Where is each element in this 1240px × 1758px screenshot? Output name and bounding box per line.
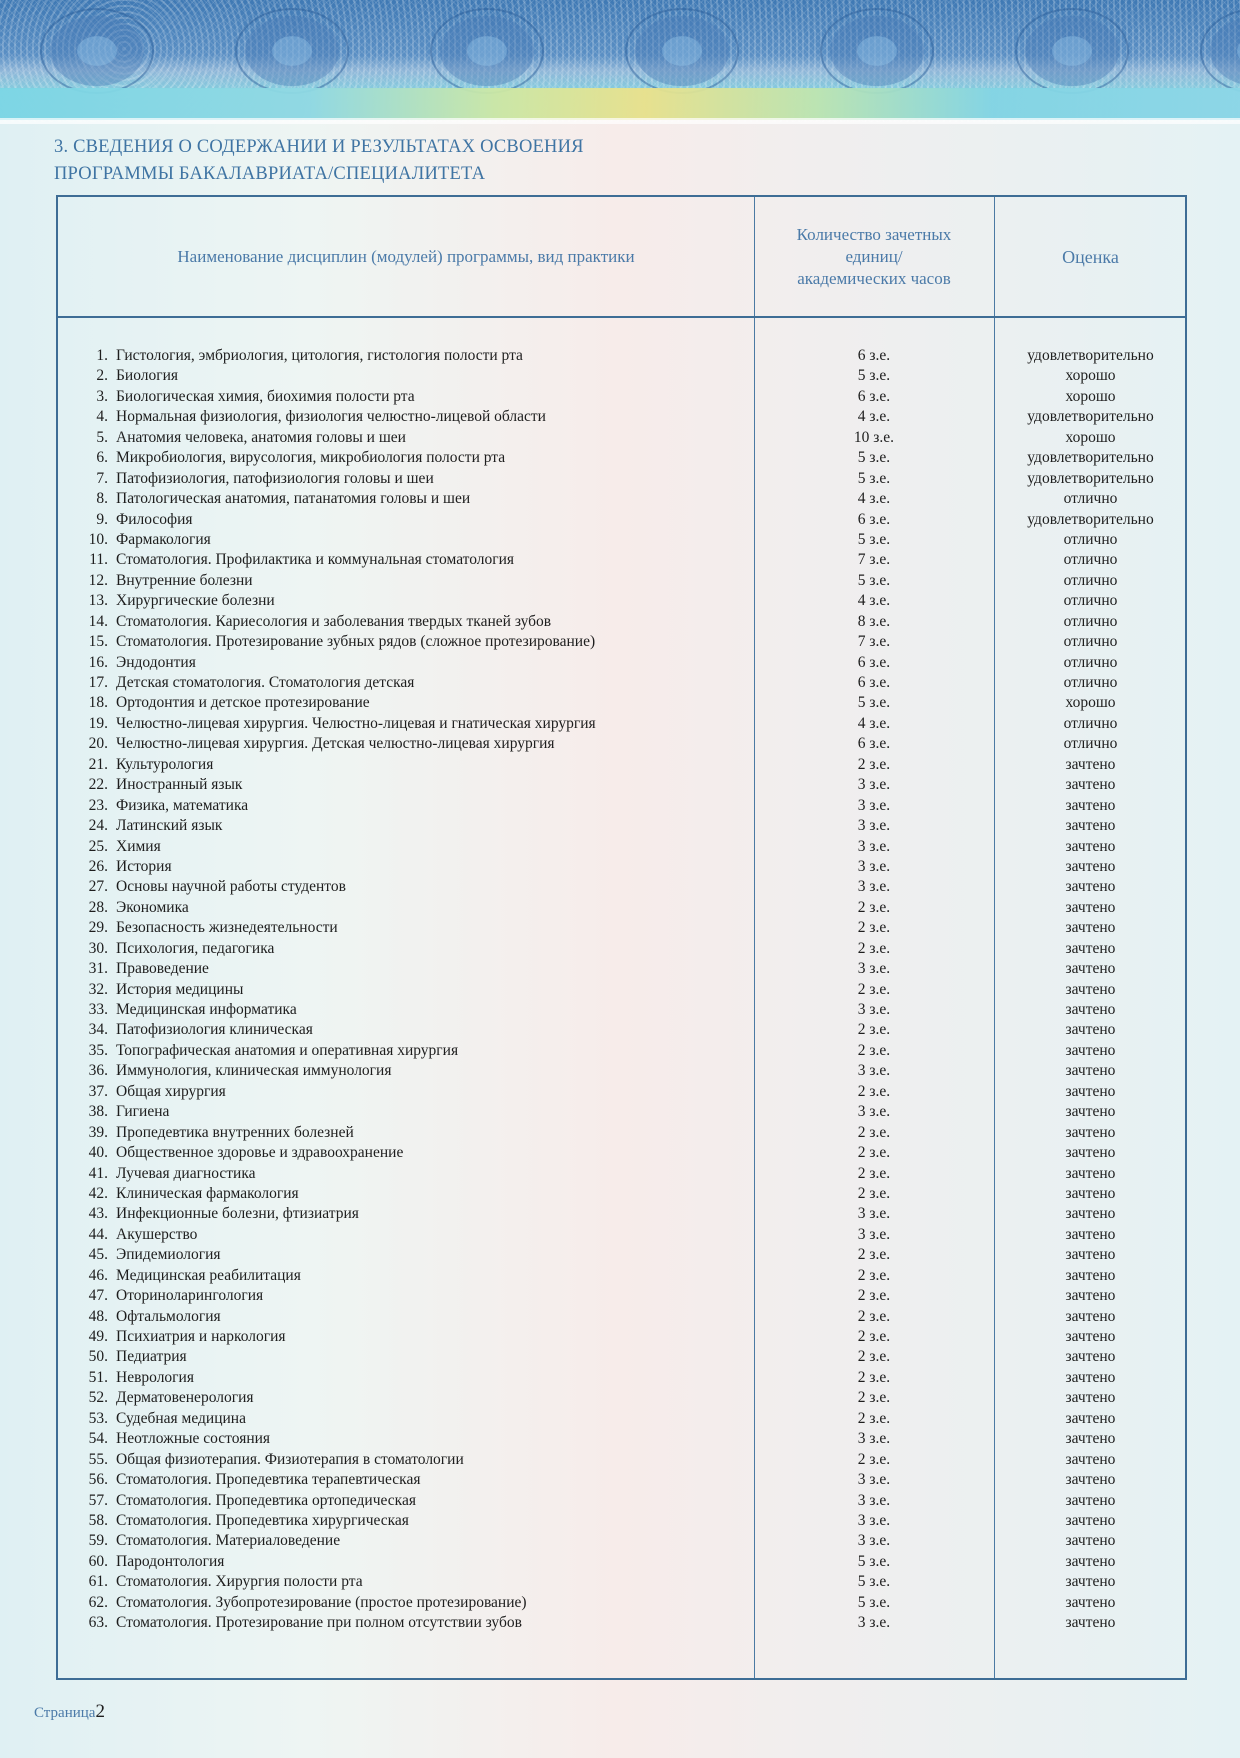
table-row: 18.Ортодонтия и детское протезирование5 … [58,693,1185,713]
discipline-name: Челюстно-лицевая хирургия. Челюстно-лице… [116,714,596,734]
credit-units: 3 з.е. [754,1613,994,1633]
grade-value: зачтено [994,1368,1187,1388]
discipline-name: Фармакология [116,530,211,550]
discipline-name: Психология, педагогика [116,939,274,959]
section-title-line-2: программы бакалавриата/специалитета [54,161,754,188]
row-number: 7. [78,469,108,489]
row-number: 32. [78,980,108,1000]
discipline-name: Основы научной работы студентов [116,877,346,897]
row-number: 62. [78,1593,108,1613]
table-row: 19.Челюстно-лицевая хирургия. Челюстно-л… [58,714,1185,734]
grade-value: зачтено [994,1327,1187,1347]
table-row: 16.Эндодонтия6 з.е.отлично [58,653,1185,673]
table-row: 51.Неврология2 з.е.зачтено [58,1368,1185,1388]
discipline-name: Медицинская информатика [116,1000,297,1020]
grade-value: удовлетворительно [994,469,1187,489]
row-number: 59. [78,1531,108,1551]
grade-value: зачтено [994,1082,1187,1102]
credit-units: 2 з.е. [754,1286,994,1306]
grade-value: зачтено [994,1041,1187,1061]
grade-value: хорошо [994,693,1187,713]
grade-value: зачтено [994,1307,1187,1327]
table-body: 1.Гистология, эмбриология, цитология, ги… [58,346,1185,1634]
grade-value: зачтено [994,1164,1187,1184]
table-row: 25.Химия3 з.е.зачтено [58,837,1185,857]
table-row: 21.Культурология2 з.е.зачтено [58,755,1185,775]
discipline-name: Экономика [116,898,189,918]
grade-value: хорошо [994,366,1187,386]
credit-units: 3 з.е. [754,837,994,857]
row-number: 13. [78,591,108,611]
row-number: 14. [78,612,108,632]
row-number: 23. [78,796,108,816]
row-number: 33. [78,1000,108,1020]
credit-units: 2 з.е. [754,1409,994,1429]
table-row: 22.Иностранный язык3 з.е.зачтено [58,775,1185,795]
discipline-name: Стоматология. Пропедевтика ортопедическа… [116,1491,416,1511]
discipline-name: Эндодонтия [116,653,196,673]
row-number: 41. [78,1164,108,1184]
row-number: 19. [78,714,108,734]
rosette-ornament [430,8,544,94]
row-number: 1. [78,346,108,366]
credit-units: 6 з.е. [754,510,994,530]
credit-units: 2 з.е. [754,1041,994,1061]
row-number: 20. [78,734,108,754]
row-number: 11. [78,550,108,570]
row-number: 27. [78,877,108,897]
credit-units: 2 з.е. [754,1307,994,1327]
discipline-name: Офтальмология [116,1307,221,1327]
credit-units: 6 з.е. [754,346,994,366]
row-number: 54. [78,1429,108,1449]
discipline-name: Эпидемиология [116,1245,221,1265]
discipline-name: Инфекционные болезни, фтизиатрия [116,1204,359,1224]
credit-units: 2 з.е. [754,1450,994,1470]
credit-units: 5 з.е. [754,366,994,386]
grade-value: зачтено [994,1491,1187,1511]
table-row: 50.Педиатрия2 з.е.зачтено [58,1347,1185,1367]
credit-units: 5 з.е. [754,530,994,550]
discipline-name: Стоматология. Материаловедение [116,1531,340,1551]
grade-value: отлично [994,673,1187,693]
grade-value: отлично [994,714,1187,734]
grade-value: зачтено [994,1143,1187,1163]
grade-value: зачтено [994,816,1187,836]
page-number: 2 [95,1701,105,1722]
grade-value: зачтено [994,1593,1187,1613]
discipline-name: Челюстно-лицевая хирургия. Детская челюс… [116,734,555,754]
disciplines-table: Наименование дисциплин (модулей) програм… [56,195,1187,1680]
credit-units: 3 з.е. [754,959,994,979]
credit-units: 3 з.е. [754,775,994,795]
credit-units: 2 з.е. [754,1327,994,1347]
discipline-name: Педиатрия [116,1347,187,1367]
row-number: 10. [78,530,108,550]
row-number: 15. [78,632,108,652]
grade-value: отлично [994,632,1187,652]
table-row: 48.Офтальмология2 з.е.зачтено [58,1307,1185,1327]
row-number: 50. [78,1347,108,1367]
row-number: 30. [78,939,108,959]
row-number: 6. [78,448,108,468]
grade-value: зачтено [994,1409,1187,1429]
discipline-name: Патофизиология клиническая [116,1020,313,1040]
discipline-name: Латинский язык [116,816,222,836]
credit-units: 3 з.е. [754,796,994,816]
credit-units: 3 з.е. [754,1470,994,1490]
discipline-name: Оториноларингология [116,1286,263,1306]
table-row: 1.Гистология, эмбриология, цитология, ги… [58,346,1185,366]
discipline-name: Лучевая диагностика [116,1164,256,1184]
grade-value: зачтено [994,1511,1187,1531]
discipline-name: Психиатрия и наркология [116,1327,286,1347]
grade-value: хорошо [994,428,1187,448]
grade-value: зачтено [994,1204,1187,1224]
credit-units: 5 з.е. [754,571,994,591]
grade-value: зачтено [994,1102,1187,1122]
discipline-name: Топографическая анатомия и оперативная х… [116,1041,458,1061]
table-row: 43.Инфекционные болезни, фтизиатрия3 з.е… [58,1204,1185,1224]
row-number: 3. [78,387,108,407]
grade-value: зачтено [994,1552,1187,1572]
grade-value: зачтено [994,1061,1187,1081]
credit-units: 7 з.е. [754,632,994,652]
table-row: 4.Нормальная физиология, физиология челю… [58,407,1185,427]
row-number: 18. [78,693,108,713]
rosette-ornament [625,8,739,94]
discipline-name: Пропедевтика внутренних болезней [116,1123,354,1143]
grade-value: хорошо [994,387,1187,407]
credit-units: 3 з.е. [754,857,994,877]
credit-units: 3 з.е. [754,1204,994,1224]
row-number: 55. [78,1450,108,1470]
table-row: 11.Стоматология. Профилактика и коммунал… [58,550,1185,570]
row-number: 17. [78,673,108,693]
discipline-name: Культурология [116,755,213,775]
grade-value: зачтено [994,1225,1187,1245]
credit-units: 2 з.е. [754,1266,994,1286]
rosette-ornament [235,8,349,94]
table-row: 15.Стоматология. Протезирование зубных р… [58,632,1185,652]
discipline-name: Философия [116,510,193,530]
table-row: 39.Пропедевтика внутренних болезней2 з.е… [58,1123,1185,1143]
credit-units: 6 з.е. [754,734,994,754]
table-row: 60.Пародонтология5 з.е.зачтено [58,1552,1185,1572]
table-row: 46.Медицинская реабилитация2 з.е.зачтено [58,1266,1185,1286]
discipline-name: Физика, математика [116,796,248,816]
table-row: 54.Неотложные состояния3 з.е.зачтено [58,1429,1185,1449]
table-row: 29.Безопасность жизнедеятельности2 з.е.з… [58,918,1185,938]
discipline-name: Патологическая анатомия, патанатомия гол… [116,489,470,509]
row-number: 48. [78,1307,108,1327]
row-number: 5. [78,428,108,448]
grade-value: зачтено [994,1123,1187,1143]
table-row: 63.Стоматология. Протезирование при полн… [58,1613,1185,1633]
row-number: 12. [78,571,108,591]
table-row: 38.Гигиена3 з.е.зачтено [58,1102,1185,1122]
discipline-name: Общая физиотерапия. Физиотерапия в стома… [116,1450,464,1470]
discipline-name: Стоматология. Профилактика и коммунальна… [116,550,514,570]
row-number: 60. [78,1552,108,1572]
table-row: 52.Дерматовенерология2 з.е.зачтено [58,1388,1185,1408]
discipline-name: Детская стоматология. Стоматология детск… [116,673,414,693]
table-row: 8.Патологическая анатомия, патанатомия г… [58,489,1185,509]
discipline-name: Патофизиология, патофизиология головы и … [116,469,434,489]
grade-value: зачтено [994,1450,1187,1470]
credit-units: 4 з.е. [754,714,994,734]
grade-value: зачтено [994,1245,1187,1265]
discipline-name: Стоматология. Пропедевтика хирургическая [116,1511,409,1531]
table-row: 27.Основы научной работы студентов3 з.е.… [58,877,1185,897]
column-header-discipline: Наименование дисциплин (модулей) програм… [58,197,754,316]
table-row: 26.История3 з.е.зачтено [58,857,1185,877]
credit-units: 4 з.е. [754,591,994,611]
discipline-name: Стоматология. Зубопротезирование (просто… [116,1593,527,1613]
credit-units: 2 з.е. [754,1020,994,1040]
table-row: 47.Оториноларингология2 з.е.зачтено [58,1286,1185,1306]
table-row: 20.Челюстно-лицевая хирургия. Детская че… [58,734,1185,754]
grade-value: зачтено [994,918,1187,938]
discipline-name: Химия [116,837,161,857]
row-number: 31. [78,959,108,979]
credit-units: 2 з.е. [754,1082,994,1102]
discipline-name: Биология [116,366,178,386]
discipline-name: Иностранный язык [116,775,242,795]
row-number: 29. [78,918,108,938]
grade-value: отлично [994,734,1187,754]
row-number: 4. [78,407,108,427]
table-row: 55.Общая физиотерапия. Физиотерапия в ст… [58,1450,1185,1470]
grade-value: отлично [994,612,1187,632]
row-number: 53. [78,1409,108,1429]
grade-value: зачтено [994,796,1187,816]
row-number: 37. [78,1082,108,1102]
row-number: 57. [78,1491,108,1511]
discipline-name: Стоматология. Хирургия полости рта [116,1572,363,1592]
grade-value: зачтено [994,1020,1187,1040]
row-number: 44. [78,1225,108,1245]
row-number: 25. [78,837,108,857]
discipline-name: Правоведение [116,959,209,979]
rainbow-strip [0,88,1240,120]
credit-units: 2 з.е. [754,1347,994,1367]
grade-value: зачтено [994,1470,1187,1490]
page-label: Страница [34,1705,95,1721]
grade-value: зачтено [994,1572,1187,1592]
row-number: 49. [78,1327,108,1347]
credit-units: 3 з.е. [754,1491,994,1511]
discipline-name: Стоматология. Пропедевтика терапевтическ… [116,1470,420,1490]
credit-units: 6 з.е. [754,653,994,673]
row-number: 8. [78,489,108,509]
row-number: 2. [78,366,108,386]
credit-units: 3 з.е. [754,1000,994,1020]
table-row: 37.Общая хирургия2 з.е.зачтено [58,1082,1185,1102]
table-row: 23.Физика, математика3 з.е.зачтено [58,796,1185,816]
row-number: 39. [78,1123,108,1143]
discipline-name: История [116,857,172,877]
credit-units: 3 з.е. [754,816,994,836]
table-row: 44.Акушерство3 з.е.зачтено [58,1225,1185,1245]
grade-value: зачтено [994,837,1187,857]
table-row: 41.Лучевая диагностика2 з.е.зачтено [58,1164,1185,1184]
credit-units: 2 з.е. [754,939,994,959]
discipline-name: История медицины [116,980,243,1000]
table-row: 30.Психология, педагогика2 з.е.зачтено [58,939,1185,959]
credit-units: 5 з.е. [754,1572,994,1592]
row-number: 22. [78,775,108,795]
credit-units: 7 з.е. [754,550,994,570]
grade-value: зачтено [994,980,1187,1000]
grade-value: удовлетворительно [994,448,1187,468]
grade-value: зачтено [994,1266,1187,1286]
grade-value: отлично [994,530,1187,550]
credit-units: 10 з.е. [754,428,994,448]
grade-value: зачтено [994,1184,1187,1204]
table-row: 14.Стоматология. Кариесология и заболева… [58,612,1185,632]
row-number: 40. [78,1143,108,1163]
discipline-name: Общая хирургия [116,1082,226,1102]
table-row: 53.Судебная медицина2 з.е.зачтено [58,1409,1185,1429]
grade-value: зачтено [994,1613,1187,1633]
table-row: 62.Стоматология. Зубопротезирование (про… [58,1593,1185,1613]
grade-value: отлично [994,591,1187,611]
section-title-line-1: 3. Сведения о содержании и результатах о… [54,134,754,161]
credit-units: 5 з.е. [754,469,994,489]
grade-value: зачтено [994,775,1187,795]
discipline-name: Нормальная физиология, физиология челюст… [116,407,546,427]
section-title: 3. Сведения о содержании и результатах о… [54,134,754,188]
table-row: 10.Фармакология5 з.е.отлично [58,530,1185,550]
credit-units: 6 з.е. [754,387,994,407]
credit-units: 5 з.е. [754,1593,994,1613]
row-number: 42. [78,1184,108,1204]
rosette-ornament [820,8,934,94]
credit-units: 3 з.е. [754,877,994,897]
credit-units: 6 з.е. [754,673,994,693]
discipline-name: Биологическая химия, биохимия полости рт… [116,387,415,407]
credit-units: 5 з.е. [754,1552,994,1572]
credit-units: 5 з.е. [754,448,994,468]
table-row: 33.Медицинская информатика3 з.е.зачтено [58,1000,1185,1020]
table-row: 3.Биологическая химия, биохимия полости … [58,387,1185,407]
table-row: 59.Стоматология. Материаловедение3 з.е.з… [58,1531,1185,1551]
discipline-name: Клиническая фармакология [116,1184,299,1204]
grade-value: зачтено [994,877,1187,897]
table-row: 36.Иммунология, клиническая иммунология3… [58,1061,1185,1081]
credit-units: 2 з.е. [754,1123,994,1143]
table-row: 6.Микробиология, вирусология, микробиоло… [58,448,1185,468]
row-number: 38. [78,1102,108,1122]
credit-units: 8 з.е. [754,612,994,632]
row-number: 35. [78,1041,108,1061]
grade-value: зачтено [994,1388,1187,1408]
grade-value: зачтено [994,1286,1187,1306]
discipline-name: Стоматология. Протезирование зубных рядо… [116,632,595,652]
discipline-name: Ортодонтия и детское протезирование [116,693,370,713]
table-row: 42.Клиническая фармакология2 з.е.зачтено [58,1184,1185,1204]
table-row: 13.Хирургические болезни4 з.е.отлично [58,591,1185,611]
grade-value: зачтено [994,857,1187,877]
table-row: 9.Философия6 з.е.удовлетворительно [58,510,1185,530]
rosette-ornament [1015,8,1129,94]
row-number: 52. [78,1388,108,1408]
row-number: 61. [78,1572,108,1592]
table-row: 61.Стоматология. Хирургия полости рта5 з… [58,1572,1185,1592]
rosette-ornament [40,8,154,94]
discipline-name: Гистология, эмбриология, цитология, гист… [116,346,523,366]
row-number: 9. [78,510,108,530]
discipline-name: Безопасность жизнедеятельности [116,918,338,938]
grade-value: зачтено [994,959,1187,979]
row-number: 45. [78,1245,108,1265]
table-row: 7.Патофизиология, патофизиология головы … [58,469,1185,489]
credit-units: 2 з.е. [754,918,994,938]
credit-units: 2 з.е. [754,1143,994,1163]
table-row: 24.Латинский язык3 з.е.зачтено [58,816,1185,836]
row-number: 16. [78,653,108,673]
grade-value: зачтено [994,755,1187,775]
discipline-name: Микробиология, вирусология, микробиологи… [116,448,505,468]
grade-value: зачтено [994,1429,1187,1449]
discipline-name: Пародонтология [116,1552,224,1572]
discipline-name: Анатомия человека, анатомия головы и шеи [116,428,406,448]
table-row: 49.Психиатрия и наркология2 з.е.зачтено [58,1327,1185,1347]
credit-units: 5 з.е. [754,693,994,713]
discipline-name: Дерматовенерология [116,1388,254,1408]
row-number: 21. [78,755,108,775]
row-number: 34. [78,1020,108,1040]
row-number: 43. [78,1204,108,1224]
grade-value: зачтено [994,1000,1187,1020]
table-row: 12.Внутренние болезни5 з.е.отлично [58,571,1185,591]
credit-units: 4 з.е. [754,489,994,509]
table-row: 35.Топографическая анатомия и оперативна… [58,1041,1185,1061]
table-row: 2.Биология5 з.е.хорошо [58,366,1185,386]
table-row: 40.Общественное здоровье и здравоохранен… [58,1143,1185,1163]
table-row: 45.Эпидемиология2 з.е.зачтено [58,1245,1185,1265]
credit-units: 2 з.е. [754,1164,994,1184]
table-row: 17.Детская стоматология. Стоматология де… [58,673,1185,693]
row-number: 26. [78,857,108,877]
discipline-name: Неврология [116,1368,194,1388]
row-number: 24. [78,816,108,836]
credit-units: 4 з.е. [754,407,994,427]
discipline-name: Внутренние болезни [116,571,253,591]
credit-units: 2 з.е. [754,980,994,1000]
row-number: 56. [78,1470,108,1490]
row-number: 51. [78,1368,108,1388]
table-row: 56.Стоматология. Пропедевтика терапевтич… [58,1470,1185,1490]
banner-edge [0,118,1240,124]
column-header-credits: Количество зачетных единиц/ академически… [754,197,994,316]
credit-units: 3 з.е. [754,1531,994,1551]
grade-value: отлично [994,489,1187,509]
table-row: 5.Анатомия человека, анатомия головы и ш… [58,428,1185,448]
row-number: 63. [78,1613,108,1633]
grade-value: зачтено [994,1347,1187,1367]
row-number: 28. [78,898,108,918]
credit-units: 3 з.е. [754,1102,994,1122]
grade-value: зачтено [994,898,1187,918]
table-row: 58.Стоматология. Пропедевтика хирургичес… [58,1511,1185,1531]
credit-units: 2 з.е. [754,1368,994,1388]
grade-value: удовлетворительно [994,346,1187,366]
grade-value: удовлетворительно [994,407,1187,427]
row-number: 46. [78,1266,108,1286]
discipline-name: Иммунология, клиническая иммунология [116,1061,391,1081]
